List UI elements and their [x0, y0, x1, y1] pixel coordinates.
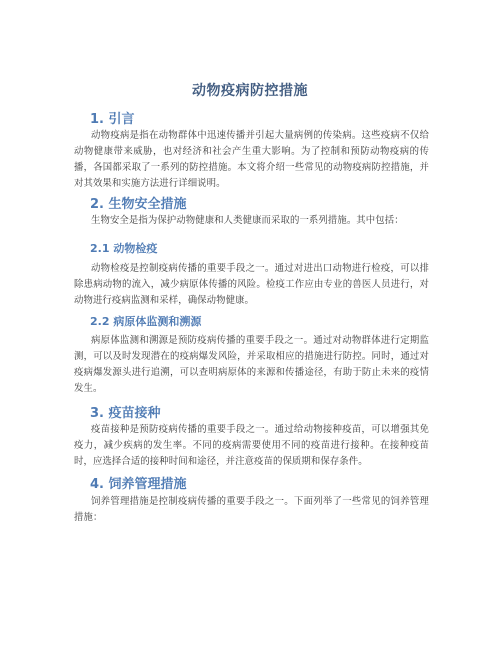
subsection-paragraph-quarantine: 动物检疫是控制疫病传播的重要手段之一。通过对进出口动物进行检疫，可以排除患病动物…	[74, 261, 429, 309]
subsection-heading-quarantine: 2.1 动物检疫	[90, 240, 157, 256]
section-heading-husbandry: 4. 饲养管理措施	[90, 473, 187, 492]
subsection-paragraph-pathogen-monitoring: 病原体监测和溯源是预防疫病传播的重要手段之一。通过对动物群体进行定期监测，可以及…	[74, 333, 429, 397]
section-heading-introduction: 1. 引言	[90, 108, 135, 127]
section-paragraph-introduction: 动物疫病是指在动物群体中迅速传播并引起大量病例的传染病。这些疫病不仅给动物健康带…	[74, 128, 429, 192]
section-paragraph-vaccination: 疫苗接种是预防疫病传播的重要手段之一。通过给动物接种疫苗，可以增强其免疫力，减少…	[74, 422, 429, 470]
section-heading-biosecurity: 2. 生物安全措施	[90, 193, 187, 212]
section-paragraph-biosecurity: 生物安全是指为保护动物健康和人类健康而采取的一系列措施。其中包括：	[74, 213, 429, 229]
section-heading-vaccination: 3. 疫苗接种	[90, 402, 161, 421]
section-paragraph-husbandry: 饲养管理措施是控制疫病传播的重要手段之一。下面列举了一些常见的饲养管理措施：	[74, 494, 429, 526]
document-title: 动物疫病防控措施	[0, 80, 500, 100]
document-page: 动物疫病防控措施 1. 引言 动物疫病是指在动物群体中迅速传播并引起大量病例的传…	[0, 0, 500, 647]
subsection-heading-pathogen-monitoring: 2.2 病原体监测和溯源	[90, 313, 201, 329]
